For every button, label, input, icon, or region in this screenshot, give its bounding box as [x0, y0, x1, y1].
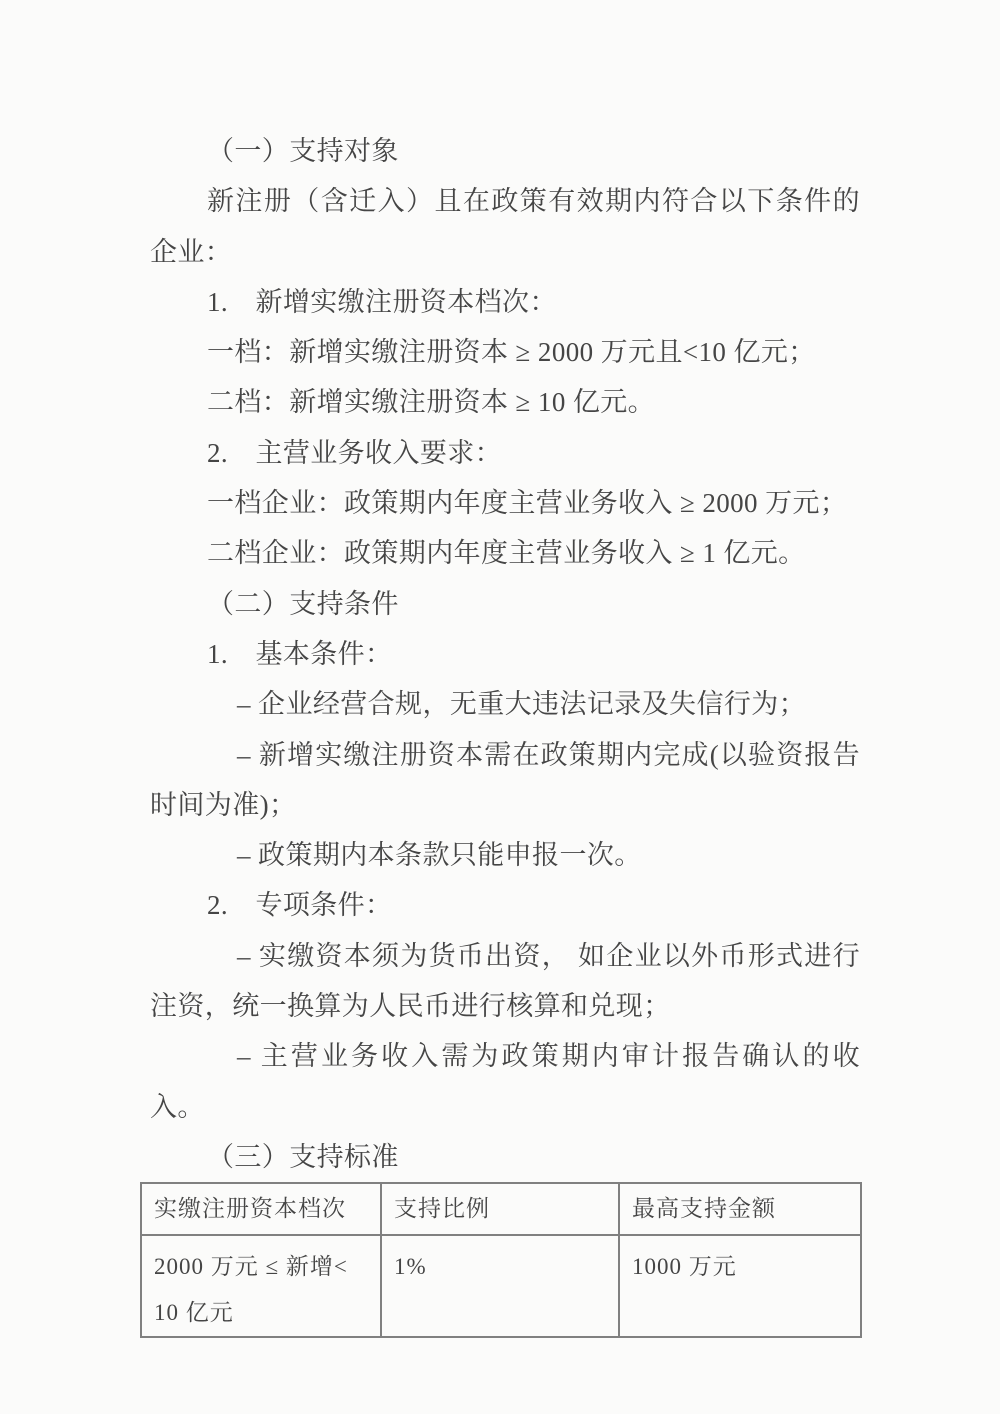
support-standard-table: 实缴注册资本档次支持比例最高支持金额 2000 万元 ≤ 新增< 10 亿元1%… — [140, 1182, 862, 1338]
paragraph: 新注册（含迁入）且在政策有效期内符合以下条件的企业： — [150, 176, 860, 277]
bullet-item: – 新增实缴注册资本需在政策期内完成(以验资报告时间为准)； — [150, 730, 860, 831]
document-body: （一）支持对象新注册（含迁入）且在政策有效期内符合以下条件的企业：1. 新增实缴… — [150, 126, 860, 1338]
table-body: 2000 万元 ≤ 新增< 10 亿元1%1000 万元 — [141, 1235, 861, 1337]
paragraph: 二档：新增实缴注册资本 ≥ 10 亿元。 — [150, 377, 860, 427]
table-header-cell: 支持比例 — [381, 1183, 619, 1235]
paragraph: 1. 新增实缴注册资本档次： — [150, 277, 860, 327]
bullet-item: – 企业经营合规，无重大违法记录及失信行为； — [150, 679, 860, 729]
table-cell: 1000 万元 — [619, 1235, 861, 1337]
table-cell: 1% — [381, 1235, 619, 1337]
paragraph: 2. 主营业务收入要求： — [150, 428, 860, 478]
table-row: 2000 万元 ≤ 新增< 10 亿元1%1000 万元 — [141, 1235, 861, 1337]
table-cell: 2000 万元 ≤ 新增< 10 亿元 — [141, 1235, 381, 1337]
paragraph: 一档企业：政策期内年度主营业务收入 ≥ 2000 万元； — [150, 478, 860, 528]
section-heading: （三）支持标准 — [150, 1132, 860, 1182]
paragraph-container: （一）支持对象新注册（含迁入）且在政策有效期内符合以下条件的企业：1. 新增实缴… — [150, 126, 860, 1182]
paragraph: 二档企业：政策期内年度主营业务收入 ≥ 1 亿元。 — [150, 528, 860, 578]
paragraph: 一档：新增实缴注册资本 ≥ 2000 万元且<10 亿元； — [150, 327, 860, 377]
table-header-cell: 实缴注册资本档次 — [141, 1183, 381, 1235]
section-heading: （一）支持对象 — [150, 126, 860, 176]
paragraph: 2. 专项条件： — [150, 880, 860, 930]
paragraph: 1. 基本条件： — [150, 629, 860, 679]
bullet-item: – 实缴资本须为货币出资， 如企业以外币形式进行注资，统一换算为人民币进行核算和… — [150, 931, 860, 1032]
bullet-item: – 政策期内本条款只能申报一次。 — [150, 830, 860, 880]
table-header-row: 实缴注册资本档次支持比例最高支持金额 — [141, 1183, 861, 1235]
document-page: （一）支持对象新注册（含迁入）且在政策有效期内符合以下条件的企业：1. 新增实缴… — [0, 0, 1000, 1414]
bullet-item: – 主营业务收入需为政策期内审计报告确认的收入。 — [150, 1031, 860, 1132]
section-heading: （二）支持条件 — [150, 579, 860, 629]
table-header-cell: 最高支持金额 — [619, 1183, 861, 1235]
